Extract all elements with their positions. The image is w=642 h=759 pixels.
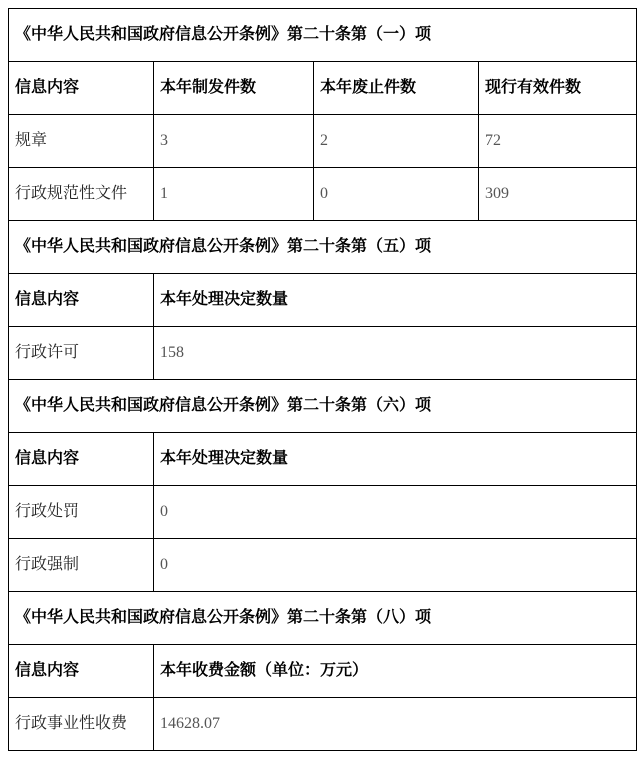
header-row: 信息内容 本年处理决定数量 (9, 274, 637, 327)
column-header: 信息内容 (9, 62, 154, 115)
row-label: 行政处罚 (9, 486, 154, 539)
row-label: 行政许可 (9, 327, 154, 380)
column-header: 信息内容 (9, 274, 154, 327)
table-row: 行政强制 0 (9, 539, 637, 592)
cell-value: 0 (154, 539, 637, 592)
table-row: 规章 3 2 72 (9, 115, 637, 168)
cell-value: 158 (154, 327, 637, 380)
table-row: 行政事业性收费 14628.07 (9, 698, 637, 751)
cell-value: 1 (154, 168, 314, 221)
column-header: 本年收费金额（单位：万元） (154, 645, 637, 698)
cell-value: 72 (479, 115, 637, 168)
cell-value: 2 (314, 115, 479, 168)
row-label: 规章 (9, 115, 154, 168)
column-header: 信息内容 (9, 433, 154, 486)
table-row: 行政规范性文件 1 0 309 (9, 168, 637, 221)
header-row: 信息内容 本年收费金额（单位：万元） (9, 645, 637, 698)
section-title-row: 《中华人民共和国政府信息公开条例》第二十条第（六）项 (9, 380, 637, 433)
cell-value: 3 (154, 115, 314, 168)
section-title: 《中华人民共和国政府信息公开条例》第二十条第（一）项 (9, 9, 637, 62)
section-title: 《中华人民共和国政府信息公开条例》第二十条第（六）项 (9, 380, 637, 433)
section-title-row: 《中华人民共和国政府信息公开条例》第二十条第（五）项 (9, 221, 637, 274)
cell-value: 0 (154, 486, 637, 539)
row-label: 行政事业性收费 (9, 698, 154, 751)
column-header: 本年处理决定数量 (154, 274, 637, 327)
column-header: 本年处理决定数量 (154, 433, 637, 486)
row-label: 行政规范性文件 (9, 168, 154, 221)
cell-value: 0 (314, 168, 479, 221)
section-title-row: 《中华人民共和国政府信息公开条例》第二十条第（八）项 (9, 592, 637, 645)
section-title-row: 《中华人民共和国政府信息公开条例》第二十条第（一）项 (9, 9, 637, 62)
table-row: 行政许可 158 (9, 327, 637, 380)
cell-value: 309 (479, 168, 637, 221)
cell-value: 14628.07 (154, 698, 637, 751)
row-label: 行政强制 (9, 539, 154, 592)
table-row: 行政处罚 0 (9, 486, 637, 539)
header-row: 信息内容 本年制发件数 本年废止件数 现行有效件数 (9, 62, 637, 115)
section-title: 《中华人民共和国政府信息公开条例》第二十条第（五）项 (9, 221, 637, 274)
column-header: 本年制发件数 (154, 62, 314, 115)
column-header: 现行有效件数 (479, 62, 637, 115)
column-header: 本年废止件数 (314, 62, 479, 115)
section-title: 《中华人民共和国政府信息公开条例》第二十条第（八）项 (9, 592, 637, 645)
column-header: 信息内容 (9, 645, 154, 698)
info-disclosure-table: 《中华人民共和国政府信息公开条例》第二十条第（一）项 信息内容 本年制发件数 本… (8, 8, 637, 751)
header-row: 信息内容 本年处理决定数量 (9, 433, 637, 486)
